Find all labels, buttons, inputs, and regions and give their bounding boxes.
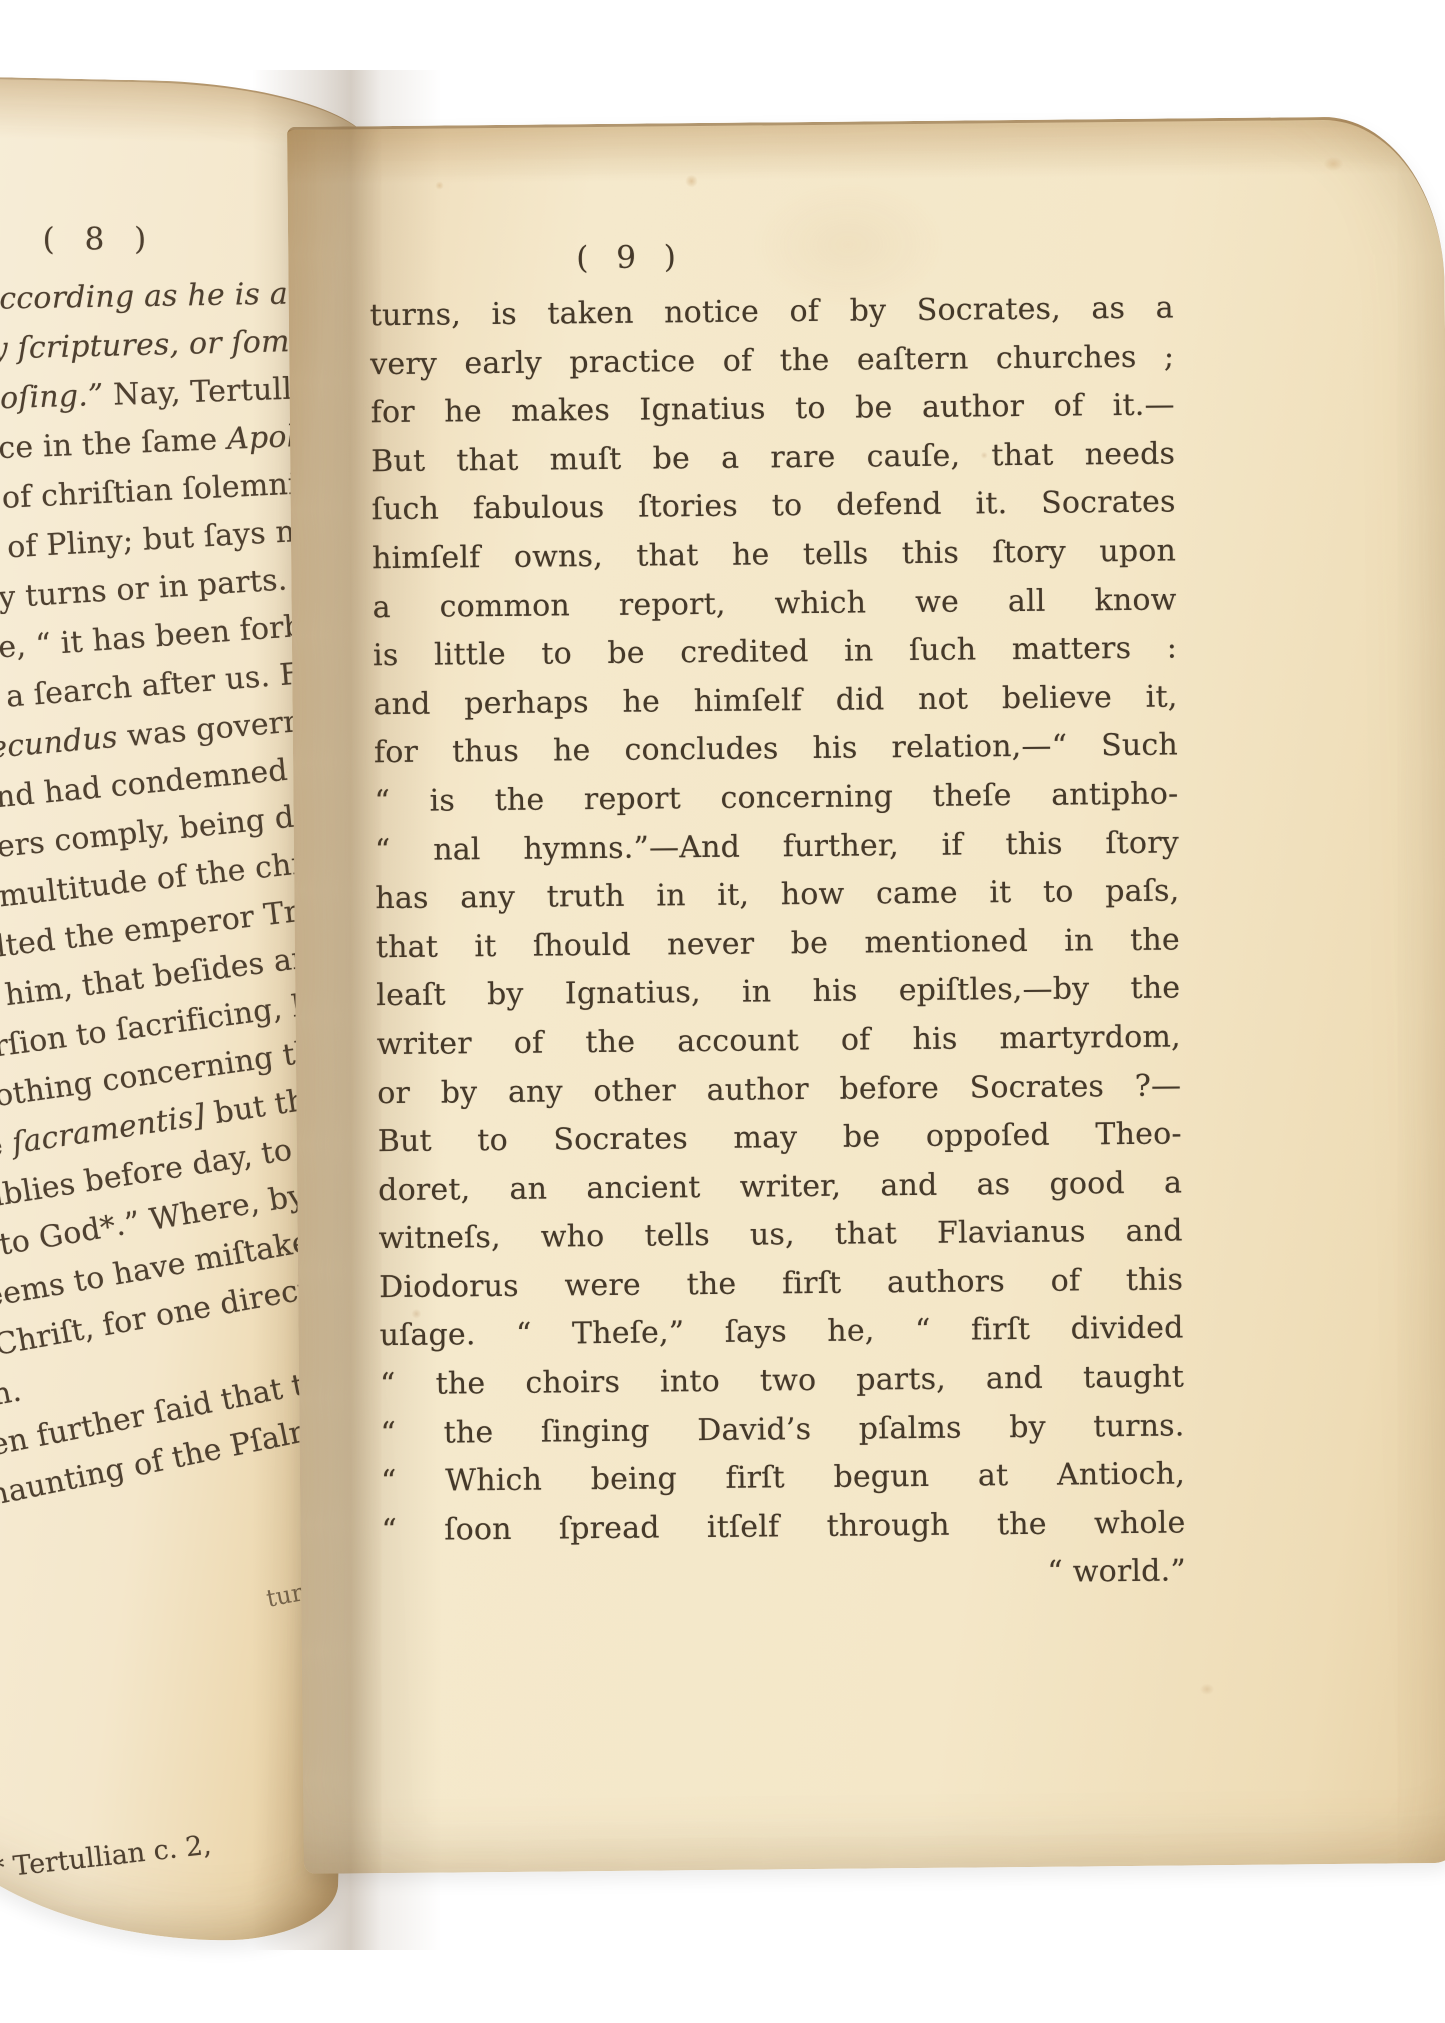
right-page-line: or by any other author before Socrates ?…: [377, 1062, 1181, 1118]
right-page-line: doret, an ancient writer, and as good a: [378, 1159, 1182, 1215]
right-page-line: “ world.”: [382, 1548, 1186, 1604]
left-page-number: ( 8 ): [43, 221, 157, 257]
right-page-line: a common report, which we all know: [372, 576, 1176, 632]
right-page-line: ſuch fabulous ſtories to defend it. Socr…: [371, 479, 1175, 535]
right-page-line: and perhaps he himſelf did not believe i…: [373, 673, 1177, 729]
right-page-line: But to Socrates may be oppoſed Theo-: [378, 1111, 1182, 1167]
left-page-line-segment: ace in the ſame: [0, 422, 228, 467]
right-page-line: “ is the report concerning theſe antipho…: [374, 770, 1178, 826]
right-page-line: leaſt by Ignatius, in his epiſtles,—by t…: [376, 965, 1180, 1021]
right-page-line: very early practice of the eaſtern churc…: [370, 333, 1174, 389]
right-page-line: is little to be credited in ſuch matters…: [373, 625, 1177, 681]
right-page-line: “ nal hymns.”—And further, if this ſtory: [375, 819, 1179, 875]
right-page-line: witneſs, who tells us, that Flavianus an…: [378, 1208, 1182, 1264]
right-page-line: “ the ſinging David’s pſalms by turns.: [380, 1402, 1184, 1458]
right-page-line: that it ſhould never be mentioned in the: [376, 916, 1180, 972]
right-page-line: for he makes Ignatius to be author of it…: [371, 382, 1175, 438]
right-page-line: But that muſt be a rare cauſe, that need…: [371, 430, 1175, 486]
right-page-line: writer of the account of his martyrdom,: [377, 1013, 1181, 1069]
left-page-line-segment: poſing.”: [0, 378, 114, 417]
right-page: ( 9 ) turns, is taken notice of by Socra…: [287, 116, 1445, 1874]
left-page-line-segment: ſecundus: [0, 720, 119, 767]
right-page-line: turns, is taken notice of by Socrates, a…: [370, 284, 1174, 340]
right-page-line: “ ſoon ſpread itſelf through the whole: [381, 1499, 1185, 1555]
right-page-line: has any truth in it, how came it to paſs…: [375, 868, 1179, 924]
left-page-footnote: * Tertullian c. 2,: [0, 1830, 213, 1885]
right-page-number: ( 9 ): [576, 239, 685, 276]
right-page-line: Diodorus were the firſt authors of this: [379, 1256, 1183, 1312]
right-page-line: “ the choirs into two parts, and taught: [380, 1354, 1184, 1410]
left-page-line-segment: im.: [0, 1373, 24, 1416]
right-page-line: “ Which being firſt begun at Antioch,: [381, 1451, 1185, 1507]
right-page-lines: turns, is taken notice of by Socrates, a…: [370, 284, 1187, 1604]
right-page-line: uſage. “ Theſe,” ſays he, “ firſt divide…: [379, 1305, 1183, 1361]
right-page-line: himſelf owns, that he tells this ſtory u…: [372, 527, 1176, 583]
right-page-line: for thus he concludes his relation,—“ Su…: [374, 722, 1178, 778]
